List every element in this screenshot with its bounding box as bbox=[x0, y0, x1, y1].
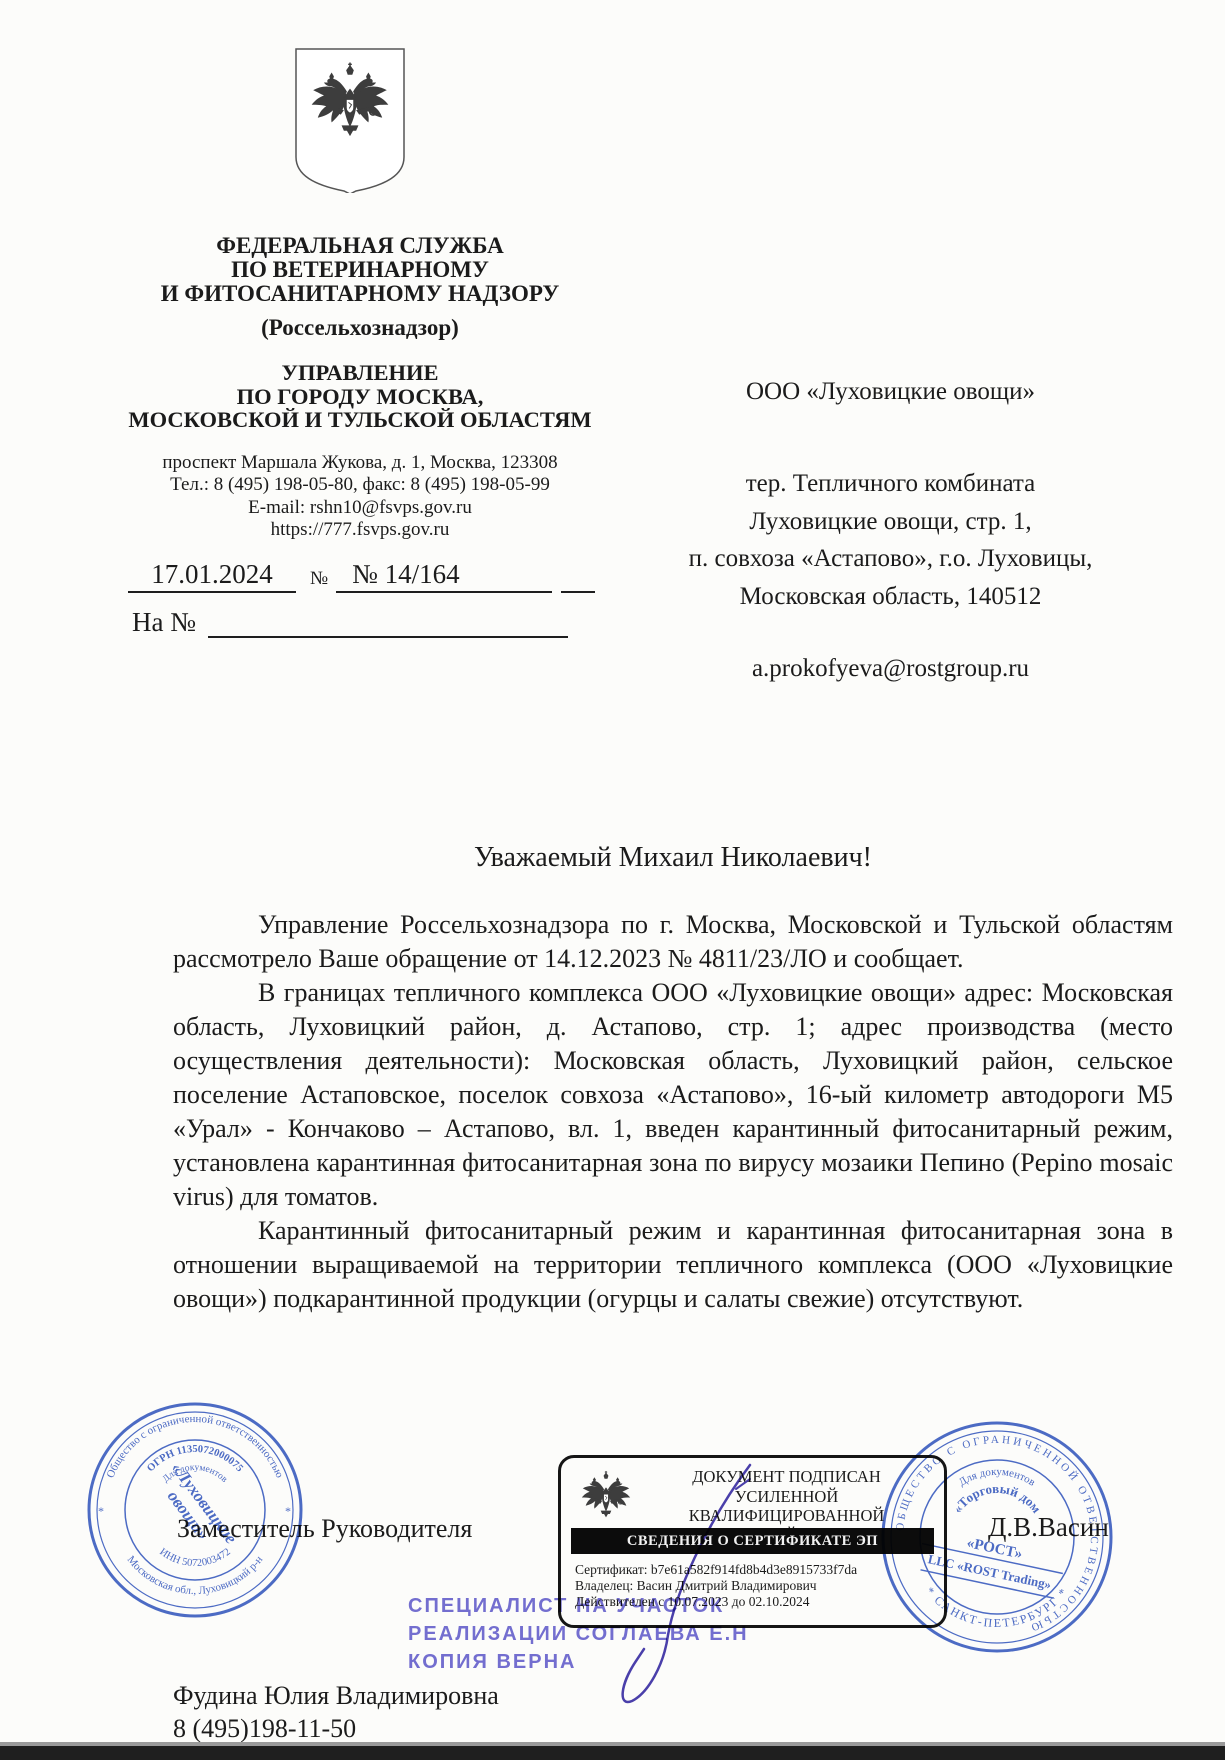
blank-underline bbox=[561, 557, 595, 593]
body-paragraph: В границах тепличного комплекса ООО «Лух… bbox=[173, 976, 1173, 1214]
agency-name-line: ПО ВЕТЕРИНАРНОМУ bbox=[95, 258, 625, 282]
recipient-address-line: Луховицкие овощи, стр. 1, bbox=[658, 503, 1123, 541]
recipient-block: ООО «Луховицкие овощи» тер. Тепличного к… bbox=[658, 377, 1123, 683]
sender-website: https://777.fsvps.gov.ru bbox=[95, 519, 625, 542]
handwritten-signature-stroke bbox=[540, 1445, 800, 1725]
recipient-email: a.prokofyeva@rostgroup.ru bbox=[658, 655, 1123, 683]
in-reply-label: На № bbox=[132, 607, 196, 638]
executor-block: Фудина Юлия Владимировна 8 (495)198-11-5… bbox=[173, 1679, 499, 1745]
scan-edge-bar bbox=[0, 1746, 1225, 1760]
recipient-address-line: п. совхоза «Астапово», г.о. Луховицы, bbox=[658, 540, 1123, 578]
in-reply-row: На № bbox=[132, 604, 568, 638]
sender-header-block: ФЕДЕРАЛЬНАЯ СЛУЖБА ПО ВЕТЕРИНАРНОМУ И ФИ… bbox=[95, 234, 625, 542]
stamp-star: * bbox=[98, 1504, 104, 1518]
in-reply-blank-line bbox=[208, 604, 568, 638]
recipient-name: ООО «Луховицкие овощи» bbox=[658, 377, 1123, 407]
sender-phone-fax: Тел.: 8 (495) 198-05-80, факс: 8 (495) 1… bbox=[95, 474, 625, 497]
department-line: МОСКОВСКОЙ И ТУЛЬСКОЙ ОБЛАСТЯМ bbox=[95, 408, 625, 432]
department-line: УПРАВЛЕНИЕ bbox=[95, 361, 625, 385]
letter-date: 17.01.2024 bbox=[128, 559, 296, 593]
agency-short-name: (Россельхознадзор) bbox=[95, 316, 625, 340]
body-paragraph: Карантинный фитосанитарный режим и каран… bbox=[173, 1214, 1173, 1316]
number-sign-label: № bbox=[310, 568, 328, 590]
date-number-row: 17.01.2024 № № 14/164 bbox=[128, 557, 595, 593]
recipient-address-line: тер. Тепличного комбината bbox=[658, 465, 1123, 503]
svg-text:ИНН 5072003472: ИНН 5072003472 bbox=[157, 1547, 233, 1569]
salutation: Уважаемый Михаил Николаевич! bbox=[173, 842, 1173, 874]
letter-body: Управление Россельхознадзора по г. Москв… bbox=[173, 908, 1173, 1316]
stamp-star: * bbox=[285, 1504, 291, 1518]
agency-name-line: И ФИТОСАНИТАРНОМУ НАДЗОРУ bbox=[95, 282, 625, 306]
stamp-inn-text: ИНН 5072003472 bbox=[157, 1547, 233, 1569]
company-round-stamp-right: ОБЩЕСТВО С ОГРАНИЧЕННОЙ ОТВЕТСТВЕННОСТЬЮ… bbox=[877, 1417, 1117, 1657]
agency-name-line: ФЕДЕРАЛЬНАЯ СЛУЖБА bbox=[95, 234, 625, 258]
executor-phone: 8 (495)198-11-50 bbox=[173, 1712, 499, 1745]
scanned-letter-page: ФЕДЕРАЛЬНАЯ СЛУЖБА ПО ВЕТЕРИНАРНОМУ И ФИ… bbox=[0, 0, 1225, 1760]
body-paragraph: Управление Россельхознадзора по г. Москв… bbox=[173, 908, 1173, 976]
sender-email: E-mail: rshn10@fsvps.gov.ru bbox=[95, 497, 625, 520]
department-line: ПО ГОРОДУ МОСКВА, bbox=[95, 385, 625, 409]
svg-text:ОБЩЕСТВО С ОГРАНИЧЕННОЙ ОТВЕТС: ОБЩЕСТВО С ОГРАНИЧЕННОЙ ОТВЕТСТВЕННОСТЬЮ bbox=[894, 1434, 1100, 1634]
recipient-address-line: Московская область, 140512 bbox=[658, 578, 1123, 616]
stamp-ring-top-text: ОБЩЕСТВО С ОГРАНИЧЕННОЙ ОТВЕТСТВЕННОСТЬЮ bbox=[894, 1434, 1100, 1634]
russia-coat-of-arms-icon bbox=[290, 45, 410, 193]
sender-postal-address: проспект Маршала Жукова, д. 1, Москва, 1… bbox=[95, 452, 625, 475]
company-round-stamp-left: Общество с ограниченной ответственностью… bbox=[85, 1400, 305, 1620]
letter-number: № 14/164 bbox=[336, 559, 552, 593]
executor-name: Фудина Юлия Владимировна bbox=[173, 1679, 499, 1712]
